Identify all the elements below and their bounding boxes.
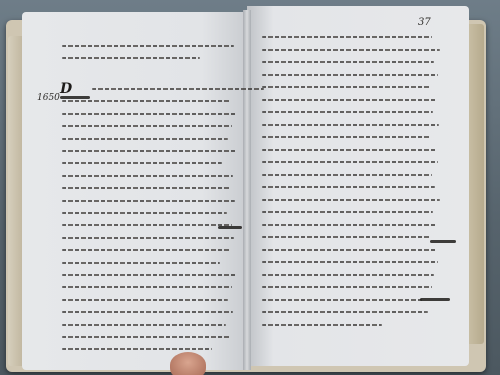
handwriting-line	[62, 57, 200, 59]
handwriting-line	[262, 236, 430, 238]
hand-thumb	[170, 352, 206, 375]
handwriting-line	[262, 99, 437, 101]
handwriting-line	[262, 149, 436, 151]
handwriting-line	[62, 237, 234, 239]
ink-flourish	[218, 226, 242, 229]
handwriting-line	[262, 124, 439, 126]
handwriting-line	[62, 150, 236, 152]
handwriting-line	[262, 61, 434, 63]
handwriting-line	[62, 212, 227, 214]
margin-note: 1650	[37, 93, 60, 103]
handwriting-line	[262, 186, 435, 188]
page-number: 37	[418, 17, 431, 28]
handwriting-line	[62, 274, 236, 276]
handwriting-line	[262, 274, 434, 276]
handwriting-line	[92, 88, 264, 90]
ink-flourish	[60, 96, 90, 99]
handwriting-line	[262, 299, 422, 301]
left-page	[22, 12, 247, 370]
handwriting-line	[62, 187, 231, 189]
handwriting-line	[62, 262, 220, 264]
handwriting-line	[262, 49, 440, 51]
handwriting-line	[262, 86, 430, 88]
handwriting-line	[262, 161, 438, 163]
handwriting-line	[62, 336, 231, 338]
handwriting-line	[62, 138, 228, 140]
ink-flourish	[430, 240, 456, 243]
book-spine	[243, 10, 251, 370]
handwriting-line	[262, 311, 428, 313]
handwriting-line	[62, 125, 232, 127]
handwriting-line	[262, 74, 438, 76]
handwriting-line	[262, 286, 432, 288]
handwriting-line	[62, 175, 233, 177]
ink-flourish	[420, 298, 450, 301]
handwriting-line	[62, 200, 235, 202]
handwriting-line	[62, 249, 230, 251]
handwriting-line	[62, 299, 228, 301]
handwriting-line	[262, 211, 433, 213]
handwriting-line	[262, 249, 436, 251]
handwriting-line	[262, 261, 438, 263]
handwriting-line	[262, 324, 382, 326]
handwriting-line	[262, 174, 432, 176]
handwriting-line	[262, 199, 440, 201]
handwriting-line	[62, 311, 233, 313]
handwriting-line	[262, 136, 431, 138]
handwriting-line	[62, 45, 234, 47]
handwriting-line	[62, 113, 237, 115]
handwriting-line	[262, 111, 433, 113]
handwriting-line	[62, 324, 226, 326]
handwriting-line	[262, 224, 437, 226]
handwriting-line	[262, 36, 432, 38]
decorated-initial: D	[60, 81, 72, 97]
